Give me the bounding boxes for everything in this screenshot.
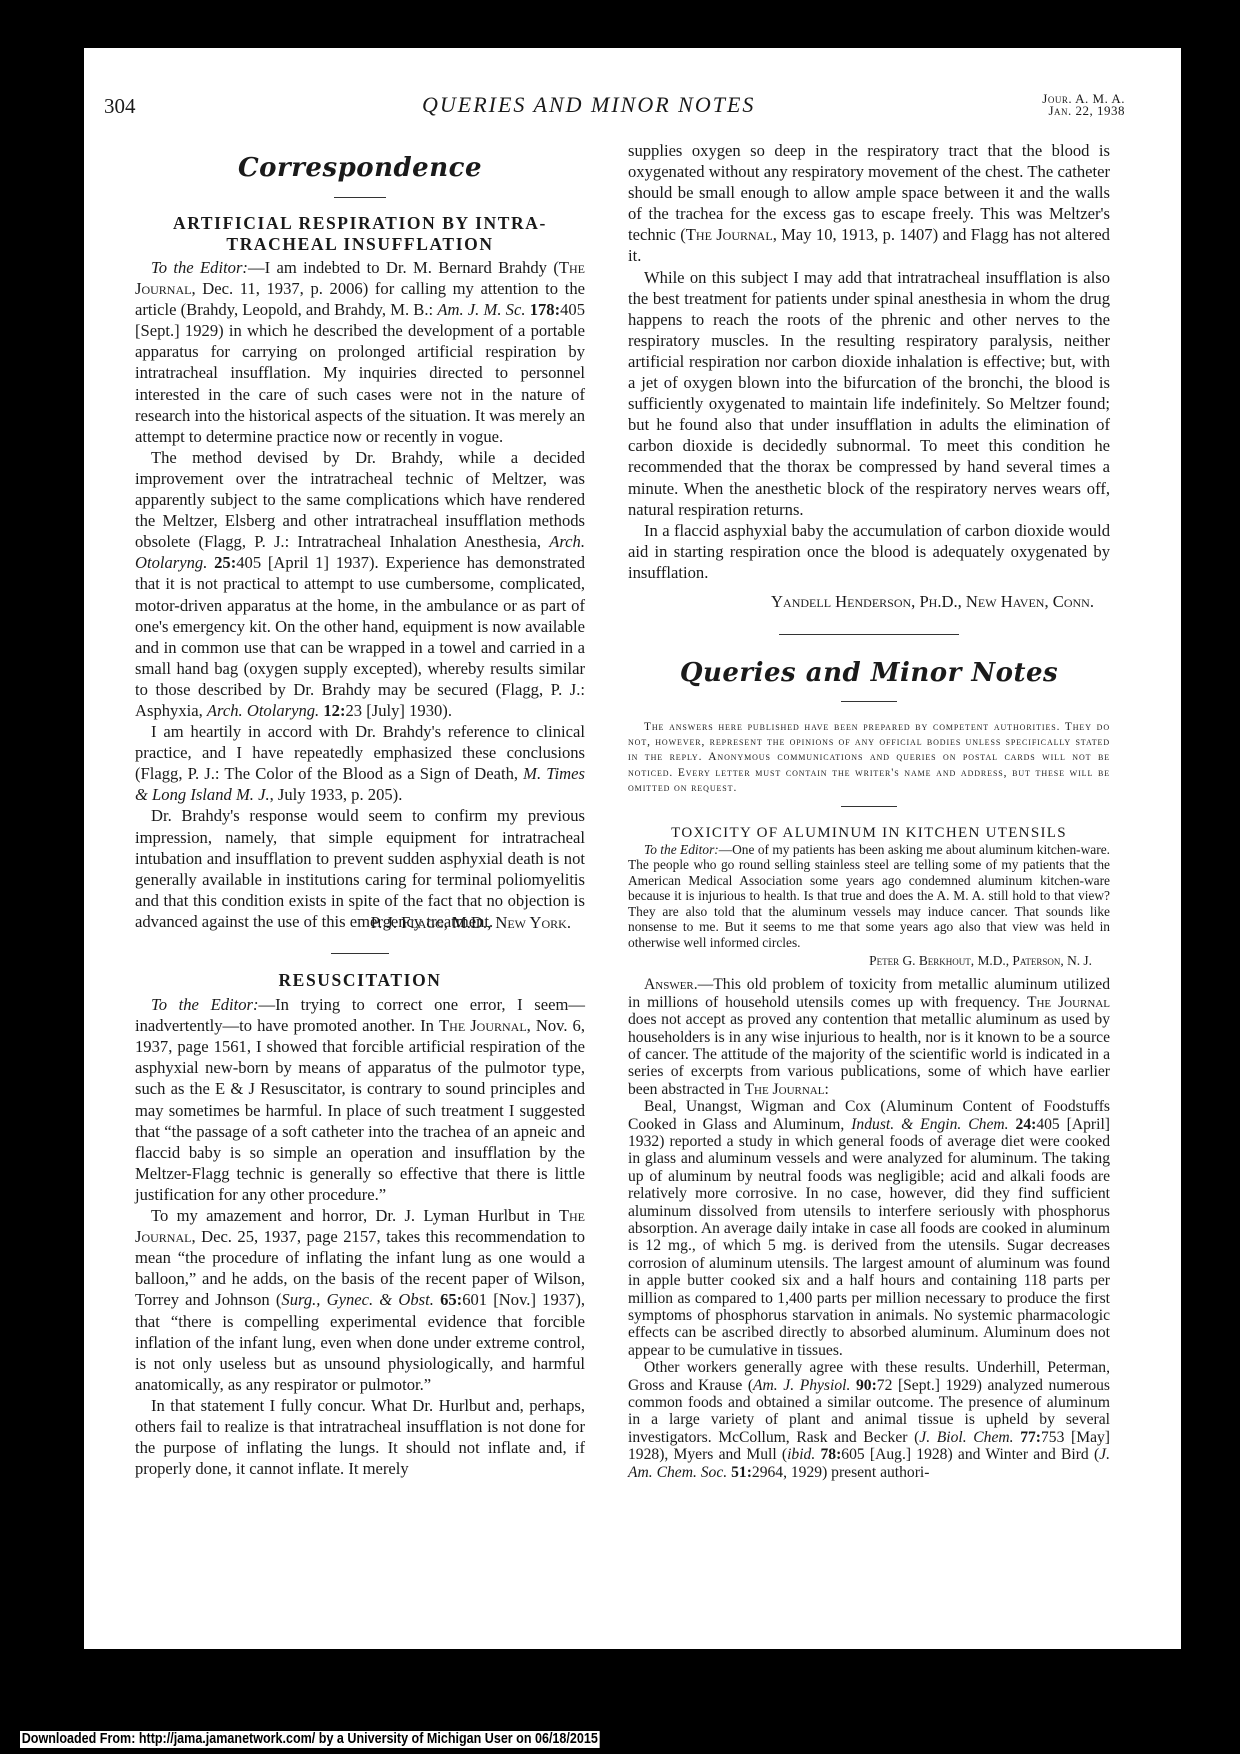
divider	[841, 806, 897, 807]
paragraph: While on this subject I may add that int…	[628, 267, 1110, 520]
article-title: ARTIFICIAL RESPIRATION BY INTRA- TRACHEA…	[135, 213, 585, 255]
correspondence-title: Correspondence	[135, 151, 585, 185]
divider	[331, 953, 389, 954]
divider	[334, 197, 386, 198]
journal-citation: Jour. A. M. A. Jan. 22, 1938	[1042, 93, 1125, 117]
paragraph: Other workers generally agree with these…	[628, 1359, 1110, 1481]
running-head: QUERIES AND MINOR NOTES	[422, 92, 755, 118]
paragraph: I am heartily in accord with Dr. Brahdy'…	[135, 721, 585, 805]
query-title: TOXICITY OF ALUMINUM IN KITCHEN UTENSILS	[628, 825, 1110, 842]
paragraph: To the Editor:—I am indebted to Dr. M. B…	[135, 257, 585, 447]
left-column: Correspondence ARTIFICIAL RESPIRATION BY…	[135, 151, 585, 1479]
query-question: To the Editor:—One of my patients has be…	[628, 842, 1110, 968]
download-notice: Downloaded From: http://jama.jamanetwork…	[20, 1731, 600, 1748]
divider	[841, 701, 897, 702]
article-title: RESUSCITATION	[135, 970, 585, 991]
paragraph: To my amazement and horror, Dr. J. Lyman…	[135, 1205, 585, 1395]
paragraph: Answer.—This old problem of toxicity fro…	[628, 976, 1110, 1098]
divider	[779, 634, 959, 635]
paragraph: In a flaccid asphyxial baby the accumula…	[628, 520, 1110, 583]
paragraph: To the Editor:—One of my patients has be…	[628, 842, 1110, 950]
editorial-notice: The answers here published have been pre…	[628, 720, 1110, 796]
signature: Yandell Henderson, Ph.D., New Haven, Con…	[628, 591, 1110, 612]
query-answer: Answer.—This old problem of toxicity fro…	[628, 976, 1110, 1481]
journal-page: 304 QUERIES AND MINOR NOTES Jour. A. M. …	[84, 48, 1181, 1649]
article-body-continued: supplies oxygen so deep in the respirato…	[628, 140, 1110, 612]
page-number: 304	[104, 94, 136, 119]
paragraph: The method devised by Dr. Brahdy, while …	[135, 447, 585, 721]
right-column: supplies oxygen so deep in the respirato…	[628, 140, 1110, 1481]
article-body: To the Editor:—I am indebted to Dr. M. B…	[135, 257, 585, 933]
article-body: To the Editor:—In trying to correct one …	[135, 994, 585, 1479]
paragraph: Beal, Unangst, Wigman and Cox (Aluminum …	[628, 1098, 1110, 1359]
paragraph: In that statement I fully concur. What D…	[135, 1395, 585, 1479]
queries-title: Queries and Minor Notes	[628, 655, 1110, 691]
paragraph: supplies oxygen so deep in the respirato…	[628, 140, 1110, 267]
query-signature: Peter G. Berkhout, M.D., Paterson, N. J.	[628, 953, 1110, 968]
issue-date: Jan. 22, 1938	[1042, 105, 1125, 117]
paragraph: To the Editor:—In trying to correct one …	[135, 994, 585, 1205]
